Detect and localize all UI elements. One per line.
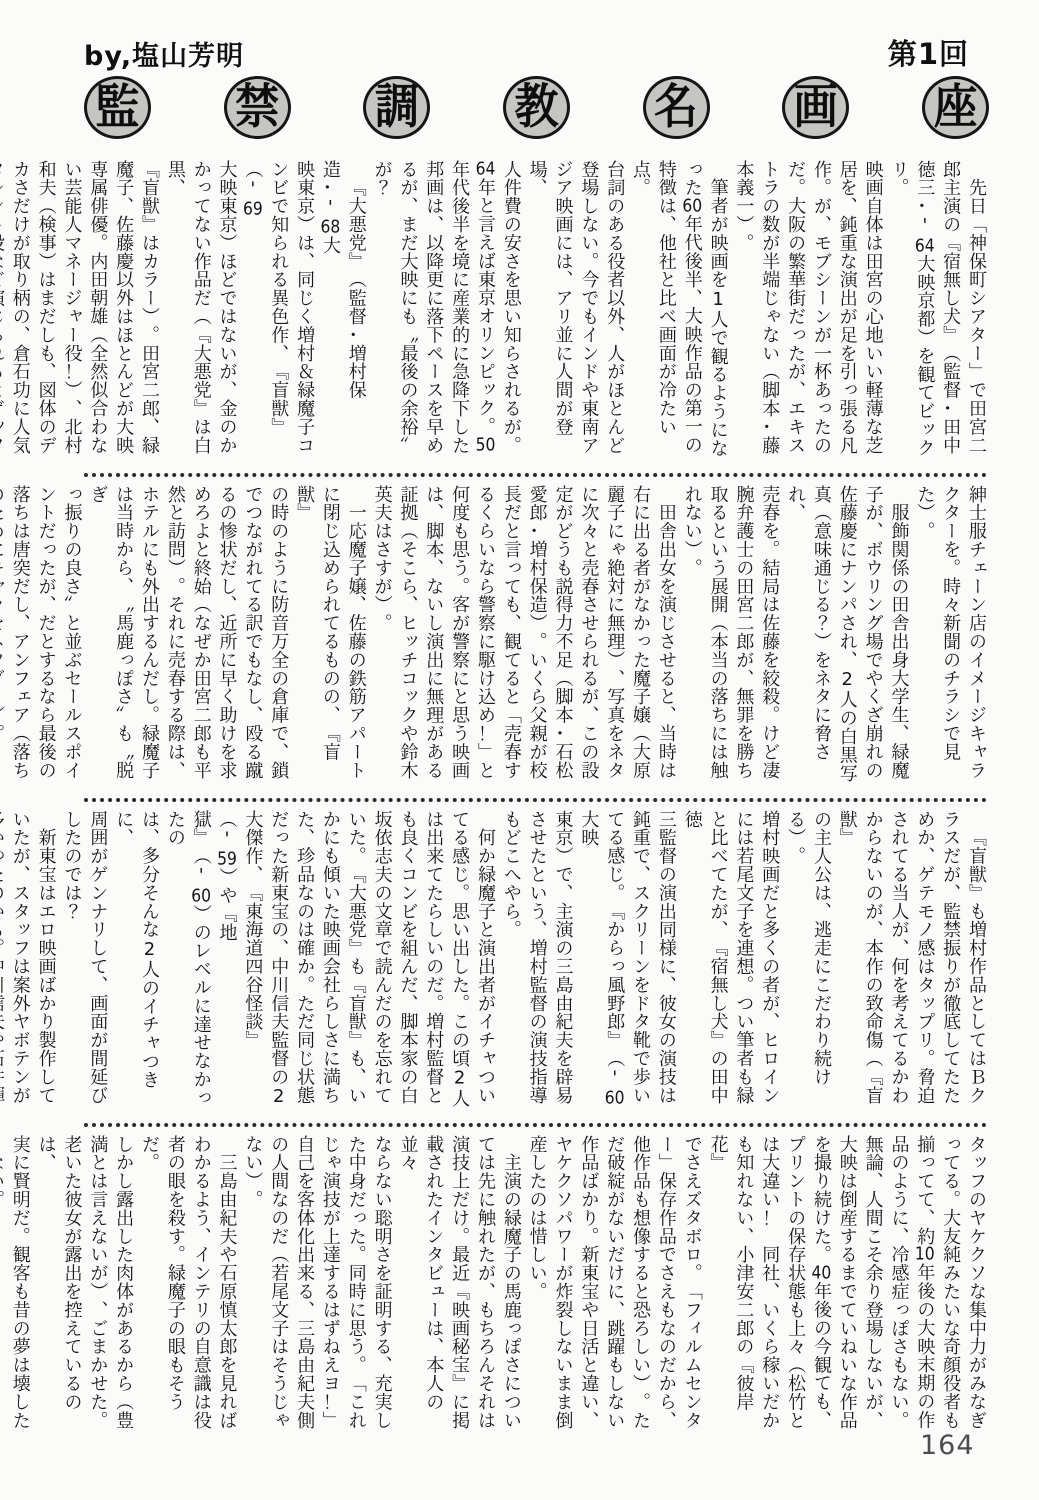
- article-block-3: 『盲獣』も増村作品としてはＢク ラスだが、監禁振りが徹底してたた めか、ゲテモノ…: [84, 810, 989, 1116]
- title-badge-row: 監 禁 調 教 名 画 座: [84, 76, 989, 139]
- title-badge: 名: [643, 76, 710, 139]
- magazine-page: by,塩山芳明 第1回 監 禁 調 教 名 画 座 先日「神保町シアター」で田宮…: [0, 0, 1039, 1500]
- title-badge: 座: [922, 76, 989, 139]
- dotted-divider: [84, 1123, 987, 1127]
- article-body: 先日「神保町シアター」で田宮二 郎主演の『宿無し犬』（監督・田中 徳三・'64大…: [84, 160, 989, 1441]
- title-badge: 画: [782, 76, 849, 139]
- title-badge: 教: [503, 76, 570, 139]
- dotted-divider: [84, 473, 987, 477]
- title-badge-char: 禁: [235, 84, 279, 132]
- byline: by,塩山芳明: [84, 34, 244, 73]
- title-badge-char: 座: [933, 84, 977, 132]
- title-badge: 禁: [224, 76, 291, 139]
- title-badge-char: 画: [794, 84, 838, 132]
- title-badge-char: 調: [375, 84, 419, 132]
- title-badge: 監: [84, 76, 151, 139]
- article-block-2: 紳士服チェーン店のイメージキャラ クターを。時々新聞のチラシで見た）。 服飾関係…: [84, 485, 989, 791]
- title-badge-char: 教: [514, 84, 558, 132]
- title-badge-char: 名: [654, 84, 698, 132]
- title-badge: 調: [363, 76, 430, 139]
- article-block-4: タッフのヤケクソな集中力がみなぎ ってる。大友純みたいな奇顔役者も 揃ってて、約…: [84, 1135, 989, 1441]
- article-block-1: 先日「神保町シアター」で田宮二 郎主演の『宿無し犬』（監督・田中 徳三・'64大…: [84, 160, 989, 466]
- episode-number: 第1回: [888, 32, 969, 73]
- dotted-divider: [84, 798, 987, 802]
- title-badge-char: 監: [96, 84, 140, 132]
- page-number: 164: [920, 1430, 975, 1461]
